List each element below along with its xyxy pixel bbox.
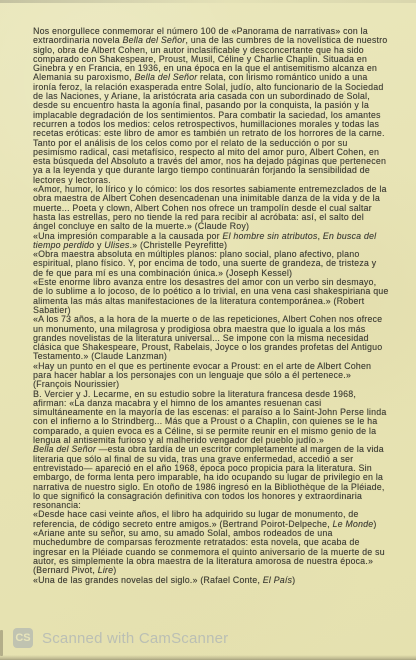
paragraph: «Una de las grandes novelas del siglo.» … [33, 576, 389, 585]
paragraph: B. Vercier y J. Lecarme, en su estudio s… [33, 390, 389, 446]
scanned-page: Nos enorgullece conmemorar el número 100… [0, 0, 416, 660]
paragraph: «Amor, humor, lo lírico y lo cómico: los… [33, 185, 389, 231]
camscanner-watermark-text: Scanned with CamScanner [42, 630, 228, 647]
scan-left-edge-mark [0, 630, 3, 656]
paragraph: «Hay un punto en el que es pertinente ev… [33, 362, 389, 390]
paragraph: Bella del Señor —esta obra tardía de un … [33, 445, 389, 510]
camscanner-watermark: CS Scanned with CamScanner [13, 628, 228, 648]
paragraph: «Una impresión comparable a la causada p… [33, 232, 389, 251]
paragraph: «Desde hace casi veinte años, el libro h… [33, 510, 389, 529]
paragraph: «Ariane ante su señor, su amo, su amado … [33, 529, 389, 575]
scan-top-edge-shadow [0, 0, 416, 3]
paragraph: Tanto por el análisis de los celos como … [33, 139, 389, 185]
camscanner-logo-icon: CS [13, 628, 33, 648]
scan-bottom-edge-shadow [0, 655, 416, 660]
paragraph: «Este enorme libro avanza entre los desa… [33, 278, 389, 315]
paragraph: «Obra maestra absoluta en múltiples plan… [33, 250, 389, 278]
paragraph: «A los 73 años, a la hora de la muerte o… [33, 315, 389, 361]
page-text: Nos enorgullece conmemorar el número 100… [33, 27, 389, 585]
paragraph: Nos enorgullece conmemorar el número 100… [33, 27, 389, 139]
